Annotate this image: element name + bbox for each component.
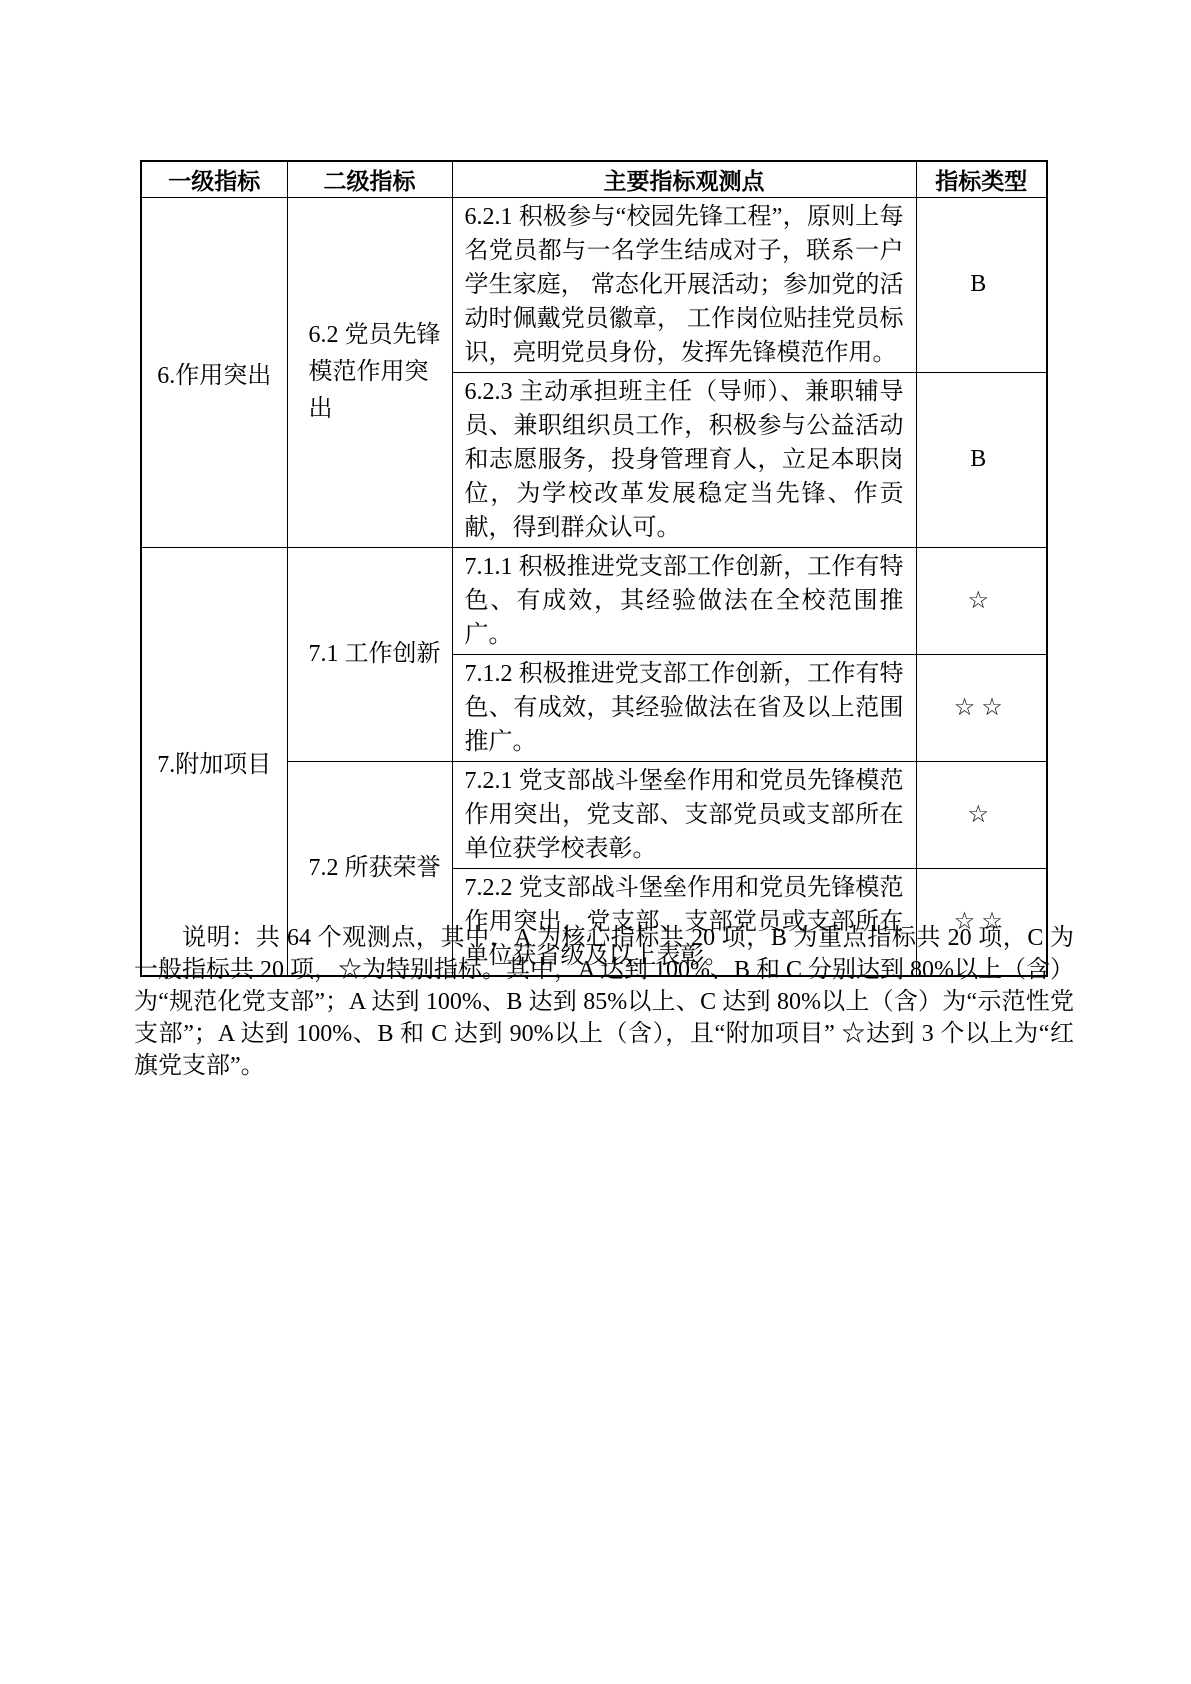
cell-type-7-1-1: ☆ [916,547,1047,654]
cell-observation-7-2-1: 7.2.1 党支部战斗堡垒作用和党员先锋模范作用突出，党支部、支部党员或支部所在… [452,761,916,868]
table-row: 6.作用突出 6.2 党员先锋模范作用突出 6.2.1 积极参与“校园先锋工程”… [141,197,1047,372]
header-indicator-type: 指标类型 [916,161,1047,197]
cell-type-6-2-1: B [916,197,1047,372]
cell-observation-7-1-1: 7.1.1 积极推进党支部工作创新，工作有特色、有成效，其经验做法在全校范围推广… [452,547,916,654]
header-level2-indicator: 二级指标 [287,161,452,197]
table-row: 7.附加项目 7.1 工作创新 7.1.1 积极推进党支部工作创新，工作有特色、… [141,547,1047,654]
table-header-row: 一级指标 二级指标 主要指标观测点 指标类型 [141,161,1047,197]
header-observation-points: 主要指标观测点 [452,161,916,197]
cell-observation-7-1-2: 7.1.2 积极推进党支部工作创新，工作有特色、有成效，其经验做法在省及以上范围… [452,654,916,761]
cell-level2-6-2: 6.2 党员先锋模范作用突出 [287,197,452,547]
cell-type-6-2-3: B [916,372,1047,547]
indicator-table: 一级指标 二级指标 主要指标观测点 指标类型 6.作用突出 6.2 党员先锋模范… [140,160,1048,977]
cell-observation-6-2-1: 6.2.1 积极参与“校园先锋工程”，原则上每名党员都与一名学生结成对子，联系一… [452,197,916,372]
cell-level1-6: 6.作用突出 [141,197,287,547]
cell-level1-7: 7.附加项目 [141,547,287,976]
header-level1-indicator: 一级指标 [141,161,287,197]
document-page: 一级指标 二级指标 主要指标观测点 指标类型 6.作用突出 6.2 党员先锋模范… [0,0,1191,1684]
cell-level2-7-1: 7.1 工作创新 [287,547,452,761]
cell-observation-6-2-3: 6.2.3 主动承担班主任（导师）、兼职辅导员、兼职组织员工作，积极参与公益活动… [452,372,916,547]
note-paragraph: 说明：共 64 个观测点，其中，A 为核心指标共 20 项，B 为重点指标共 2… [134,922,1074,1082]
cell-type-7-1-2: ☆☆ [916,654,1047,761]
cell-type-7-2-1: ☆ [916,761,1047,868]
